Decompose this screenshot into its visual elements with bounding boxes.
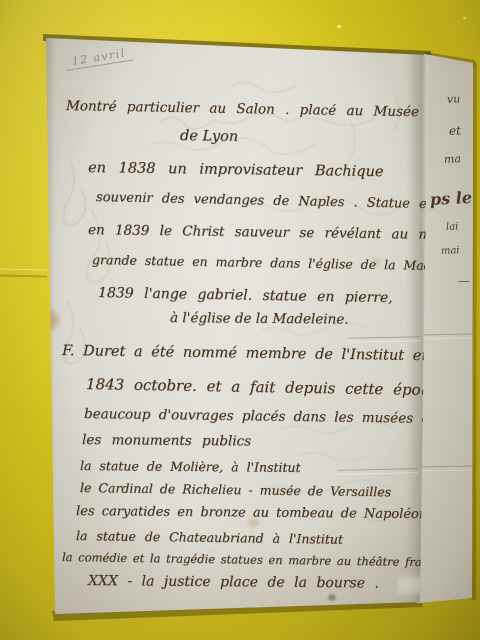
manuscript-fragment: vu [447, 92, 461, 106]
manuscript-fragment: et [449, 123, 462, 138]
crease-line [418, 334, 474, 340]
manuscript-sheet: 12 avril Montré particulier au Salon . p… [0, 0, 480, 640]
manuscript-line: de Lyon [180, 128, 238, 145]
photo-background: vu et ma ps le lai mai — [0, 0, 480, 640]
backing-speck [337, 25, 341, 28]
manuscript-line: les caryatides en bronze au tombeau de N… [76, 504, 427, 522]
manuscript-fragment: — [458, 273, 471, 288]
manuscript-line: à l'église de la Madeleine. [170, 310, 349, 328]
backing-crease-line [0, 269, 47, 278]
manuscript-fragment: mai [441, 245, 460, 257]
manuscript-line: la statue de Molière, à l'Institut [80, 458, 301, 475]
manuscript-line: les monuments publics [82, 432, 251, 449]
manuscript-line: XXX - la justice place de la bourse . [88, 573, 379, 592]
stain [328, 594, 336, 601]
crease-line [416, 465, 474, 471]
stain [42, 310, 59, 330]
manuscript-fragment: lai [446, 221, 459, 233]
manuscript-fragment: ma [444, 152, 462, 166]
manuscript-fragment: ps le [430, 188, 473, 209]
backing-speck [463, 17, 466, 19]
